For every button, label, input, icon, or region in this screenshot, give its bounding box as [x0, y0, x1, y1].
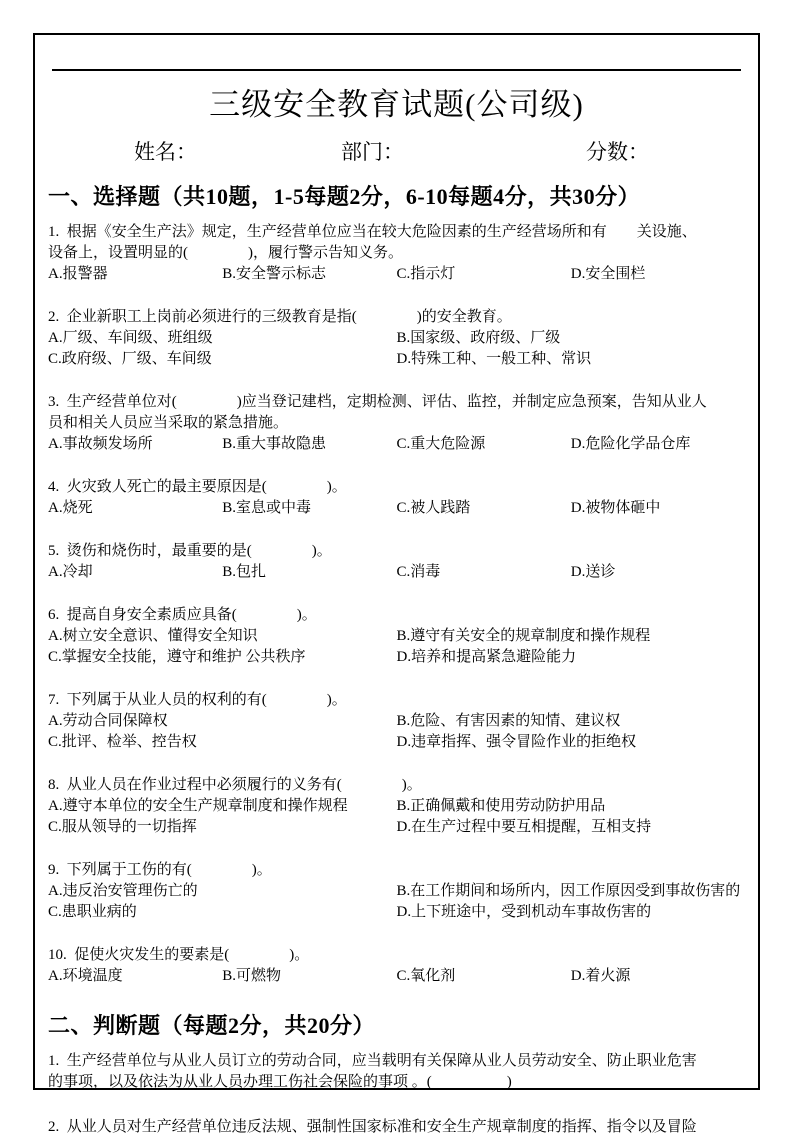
option: A.劳动合同保障权 — [48, 711, 397, 732]
option: D.培养和提高紧急避险能力 — [397, 647, 746, 668]
exam-body: 一、选择题（共10题，1-5每题2分，6-10每题4分，共30分）1. 根据《安… — [48, 180, 745, 1122]
question: 1. 根据《安全生产法》规定，生产经营单位应当在较大危险因素的生产经营场所和有 … — [48, 222, 745, 285]
name-label: 姓名： — [134, 136, 197, 166]
question-stem: 7. 下列属于从业人员的权利的有( )。 — [48, 690, 745, 711]
option: C.掌握安全技能，遵守和维护 公共秩序 — [48, 647, 397, 668]
option-row: C.患职业病的D.上下班途中，受到机动车事故伤害的 — [48, 902, 745, 923]
option-row: A.违反治安管理伤亡的B.在工作期间和场所内，因工作原因受到事故伤害的 — [48, 881, 745, 902]
option: A.烧死 — [48, 498, 222, 519]
name-field: 姓名： — [134, 136, 257, 166]
option: B.正确佩戴和使用劳动防护用品 — [397, 796, 746, 817]
option-row: A.树立安全意识、懂得安全知识B.遵守有关安全的规章制度和操作规程 — [48, 626, 745, 647]
question-stem: 1. 根据《安全生产法》规定，生产经营单位应当在较大危险因素的生产经营场所和有 … — [48, 222, 745, 264]
option-row: A.劳动合同保障权B.危险、有害因素的知情、建议权 — [48, 711, 745, 732]
score-field: 分数： — [586, 136, 709, 166]
option-row: A.环境温度B.可燃物C.氧化剂D.着火源 — [48, 966, 745, 987]
option: A.厂级、车间级、班组级 — [48, 328, 397, 349]
option: C.消毒 — [397, 562, 571, 583]
section-heading: 二、判断题（每题2分，共20分） — [48, 1009, 745, 1040]
option: D.危险化学品仓库 — [571, 434, 745, 455]
option: D.违章指挥、强令冒险作业的拒绝权 — [397, 732, 746, 753]
option: A.冷却 — [48, 562, 222, 583]
option: C.政府级、厂级、车间级 — [48, 349, 397, 370]
option: A.遵守本单位的安全生产规章制度和操作规程 — [48, 796, 397, 817]
option: A.违反治安管理伤亡的 — [48, 881, 397, 902]
option: D.上下班途中，受到机动车事故伤害的 — [397, 902, 746, 923]
page-title: 三级安全教育试题(公司级) — [48, 79, 745, 124]
question-stem: 1. 生产经营单位与从业人员订立的劳动合同，应当载明有关保障从业人员劳动安全、防… — [48, 1051, 745, 1093]
question: 9. 下列属于工伤的有( )。A.违反治安管理伤亡的B.在工作期间和场所内，因工… — [48, 860, 745, 923]
option: C.氧化剂 — [397, 966, 571, 987]
option: C.服从领导的一切指挥 — [48, 817, 397, 838]
section-heading: 一、选择题（共10题，1-5每题2分，6-10每题4分，共30分） — [48, 180, 745, 211]
score-blank[interactable] — [649, 142, 709, 166]
question: 6. 提高自身安全素质应具备( )。A.树立安全意识、懂得安全知识B.遵守有关安… — [48, 605, 745, 668]
exam-page: 三级安全教育试题(公司级) 姓名： 部门： 分数： 一、选择题（共10题，1-5… — [33, 33, 760, 1090]
department-field: 部门： — [341, 136, 464, 166]
question: 8. 从业人员在作业过程中必须履行的义务有( )。A.遵守本单位的安全生产规章制… — [48, 775, 745, 838]
option: A.事故频发场所 — [48, 434, 222, 455]
header-rule — [52, 69, 741, 71]
exam-section: 一、选择题（共10题，1-5每题2分，6-10每题4分，共30分）1. 根据《安… — [48, 180, 745, 987]
option-row: C.服从领导的一切指挥D.在生产过程中要互相提醒，互相支持 — [48, 817, 745, 838]
option-row: A.报警器B.安全警示标志C.指示灯D.安全围栏 — [48, 264, 745, 285]
question: 3. 生产经营单位对( )应当登记建档，定期检测、评估、监控，并制定应急预案，告… — [48, 392, 745, 455]
option: D.安全围栏 — [571, 264, 745, 285]
option: A.树立安全意识、懂得安全知识 — [48, 626, 397, 647]
option: C.批评、检举、控告权 — [48, 732, 397, 753]
option: B.包扎 — [222, 562, 396, 583]
question: 1. 生产经营单位与从业人员订立的劳动合同，应当载明有关保障从业人员劳动安全、防… — [48, 1051, 745, 1093]
question-stem: 6. 提高自身安全素质应具备( )。 — [48, 605, 745, 626]
option: D.在生产过程中要互相提醒，互相支持 — [397, 817, 746, 838]
option: D.被物体砸中 — [571, 498, 745, 519]
option-row: A.烧死B.室息或中毒C.被人践踏D.被物体砸中 — [48, 498, 745, 519]
option: C.指示灯 — [397, 264, 571, 285]
department-label: 部门： — [341, 136, 404, 166]
question: 2. 企业新职工上岗前必须进行的三级教育是指( )的安全教育。A.厂级、车间级、… — [48, 307, 745, 370]
option: B.国家级、政府级、厂级 — [397, 328, 746, 349]
name-blank[interactable] — [197, 142, 257, 166]
option-row: C.政府级、厂级、车间级D.特殊工种、一般工种、常识 — [48, 349, 745, 370]
option: B.可燃物 — [222, 966, 396, 987]
option: B.重大事故隐患 — [222, 434, 396, 455]
option: B.安全警示标志 — [222, 264, 396, 285]
option: C.被人践踏 — [397, 498, 571, 519]
option: B.遵守有关安全的规章制度和操作规程 — [397, 626, 746, 647]
option: D.送诊 — [571, 562, 745, 583]
option: B.危险、有害因素的知情、建议权 — [397, 711, 746, 732]
question: 10. 促使火灾发生的要素是( )。A.环境温度B.可燃物C.氧化剂D.着火源 — [48, 945, 745, 987]
department-blank[interactable] — [404, 142, 464, 166]
question: 5. 烫伤和烧伤时，最重要的是( )。A.冷却B.包扎C.消毒D.送诊 — [48, 541, 745, 583]
question: 4. 火灾致人死亡的最主要原因是( )。A.烧死B.室息或中毒C.被人践踏D.被… — [48, 477, 745, 519]
question-stem: 4. 火灾致人死亡的最主要原因是( )。 — [48, 477, 745, 498]
question-stem: 3. 生产经营单位对( )应当登记建档，定期检测、评估、监控，并制定应急预案，告… — [48, 392, 745, 434]
score-label: 分数： — [586, 136, 649, 166]
question-stem: 8. 从业人员在作业过程中必须履行的义务有( )。 — [48, 775, 745, 796]
question-stem: 9. 下列属于工伤的有( )。 — [48, 860, 745, 881]
question: 7. 下列属于从业人员的权利的有( )。A.劳动合同保障权B.危险、有害因素的知… — [48, 690, 745, 753]
option-row: C.批评、检举、控告权D.违章指挥、强令冒险作业的拒绝权 — [48, 732, 745, 753]
exam-section: 二、判断题（每题2分，共20分）1. 生产经营单位与从业人员订立的劳动合同，应当… — [48, 1009, 745, 1122]
option: B.室息或中毒 — [222, 498, 396, 519]
option: D.着火源 — [571, 966, 745, 987]
exam-info-row: 姓名： 部门： 分数： — [48, 136, 745, 166]
option-row: C.掌握安全技能，遵守和维护 公共秩序D.培养和提高紧急避险能力 — [48, 647, 745, 668]
question-stem: 2. 企业新职工上岗前必须进行的三级教育是指( )的安全教育。 — [48, 307, 745, 328]
option: B.在工作期间和场所内，因工作原因受到事故伤害的 — [397, 881, 746, 902]
question-stem: 10. 促使火灾发生的要素是( )。 — [48, 945, 745, 966]
question: 2. 从业人员对生产经营单位违反法规、强制性国家标准和安全生产规章制度的指挥、指… — [48, 1117, 745, 1122]
question-stem: 5. 烫伤和烧伤时，最重要的是( )。 — [48, 541, 745, 562]
option-row: A.厂级、车间级、班组级B.国家级、政府级、厂级 — [48, 328, 745, 349]
option: A.环境温度 — [48, 966, 222, 987]
option-row: A.事故频发场所B.重大事故隐患C.重大危险源D.危险化学品仓库 — [48, 434, 745, 455]
option: C.患职业病的 — [48, 902, 397, 923]
question-stem: 2. 从业人员对生产经营单位违反法规、强制性国家标准和安全生产规章制度的指挥、指… — [48, 1117, 745, 1122]
option: A.报警器 — [48, 264, 222, 285]
option-row: A.遵守本单位的安全生产规章制度和操作规程B.正确佩戴和使用劳动防护用品 — [48, 796, 745, 817]
option: C.重大危险源 — [397, 434, 571, 455]
option-row: A.冷却B.包扎C.消毒D.送诊 — [48, 562, 745, 583]
option: D.特殊工种、一般工种、常识 — [397, 349, 746, 370]
